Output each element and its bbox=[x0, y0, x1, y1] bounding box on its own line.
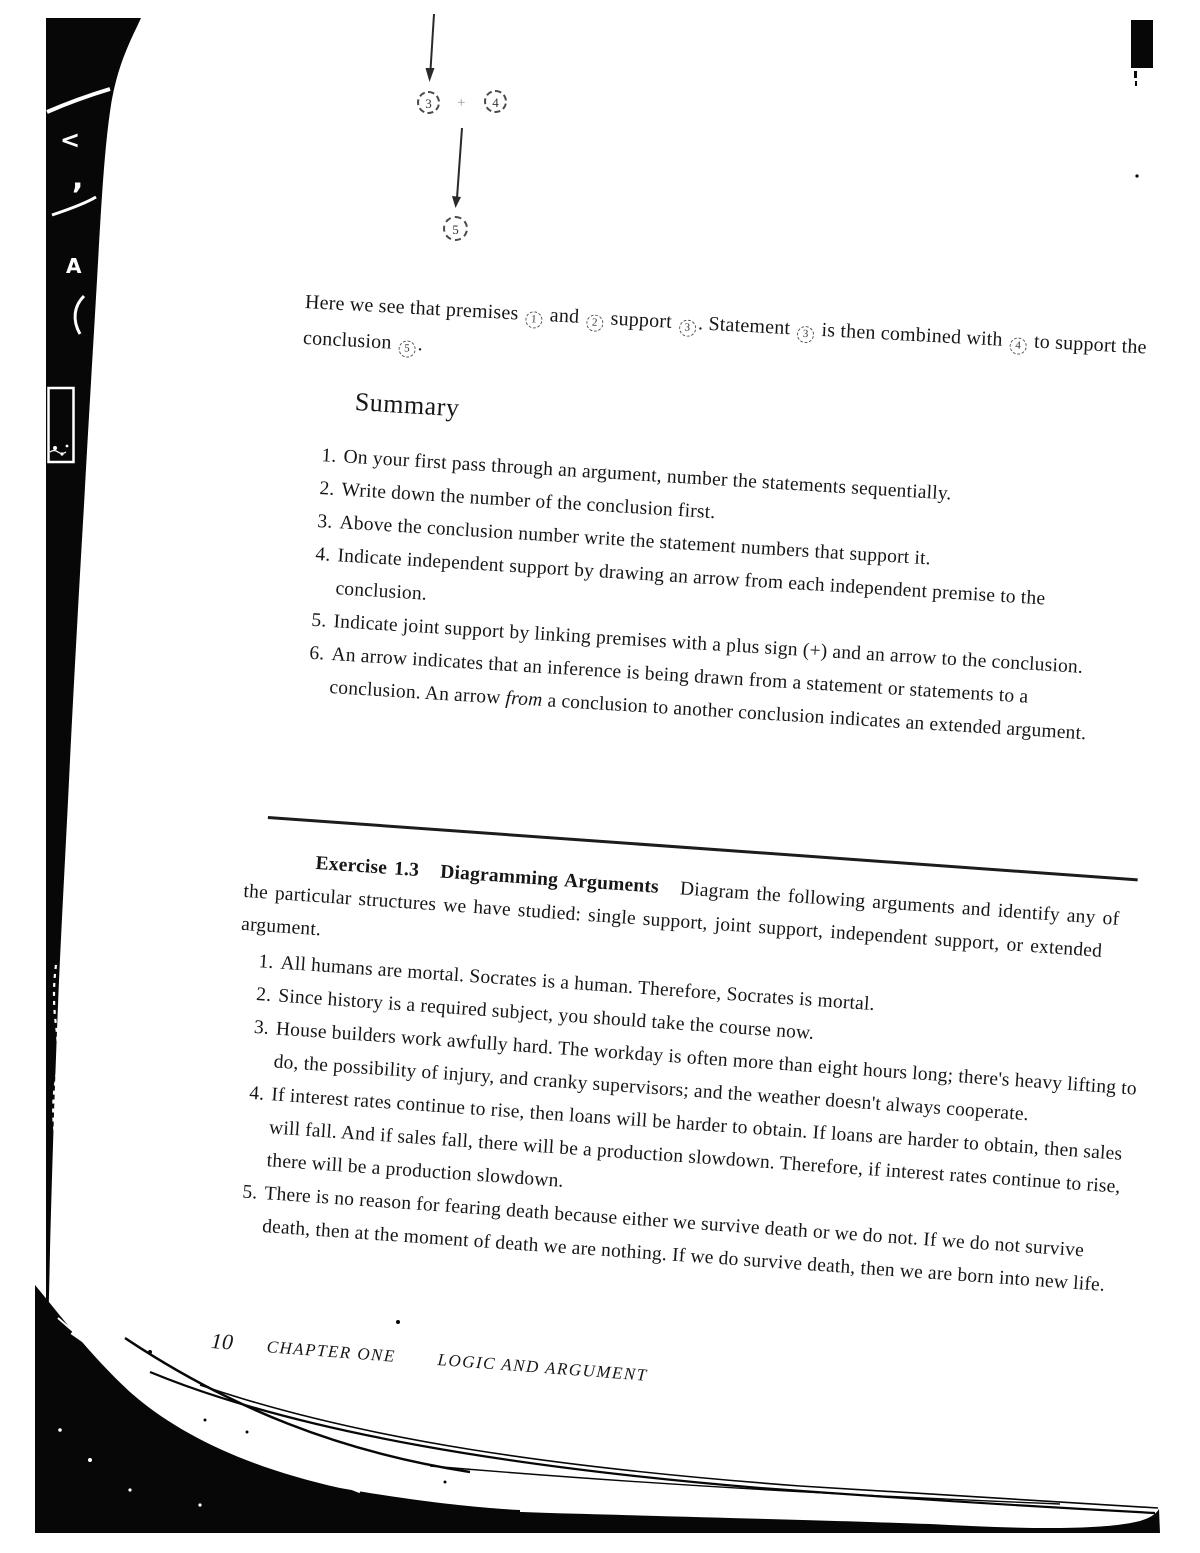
arrow-down-icon-bottom bbox=[452, 128, 462, 208]
circled-number: 1 bbox=[525, 311, 543, 329]
argument-diagram: 3 + 4 5 bbox=[0, 0, 1200, 260]
circled-number: 4 bbox=[1009, 337, 1027, 355]
circled-number: 5 bbox=[398, 340, 416, 358]
circled-number: 3 bbox=[678, 319, 696, 337]
exercise-section: Exercise 1.3 Diagramming Arguments Diagr… bbox=[219, 842, 1141, 1303]
text-run: Exercise 1.3 bbox=[315, 853, 420, 881]
page-footer: 10 CHAPTER ONE LOGIC AND ARGUMENT bbox=[210, 1328, 910, 1406]
bottom-page-curl bbox=[35, 1285, 1160, 1533]
summary-list: On your first pass through an argument, … bbox=[287, 438, 1112, 751]
diagram-node-4: 4 bbox=[484, 90, 507, 113]
diagram-arrows bbox=[0, 0, 1200, 260]
text-run: from bbox=[505, 688, 543, 711]
summary-section: Summary On your first pass through an ar… bbox=[287, 384, 1115, 751]
text-run: Diagramming Arguments bbox=[440, 862, 660, 898]
exercise-list: All humans are mortal. Socrates is a hum… bbox=[219, 944, 1146, 1304]
circled-number: 3 bbox=[797, 326, 815, 344]
chapter-title: LOGIC AND ARGUMENT bbox=[437, 1350, 648, 1385]
arrow-down-icon-top bbox=[426, 14, 435, 82]
chapter-label: CHAPTER ONE bbox=[266, 1337, 396, 1366]
intro-paragraph: Here we see that premises 1 and 2 suppor… bbox=[302, 284, 1153, 402]
scanned-book-page: < , A 3 + 4 5 Here we see that premises … bbox=[0, 0, 1200, 1553]
diagram-node-3: 3 bbox=[417, 91, 440, 114]
diagram-node-5: 5 bbox=[443, 216, 468, 241]
diagram-plus-sign: + bbox=[457, 95, 465, 112]
page-number: 10 bbox=[210, 1328, 234, 1355]
circled-number: 2 bbox=[586, 314, 604, 332]
